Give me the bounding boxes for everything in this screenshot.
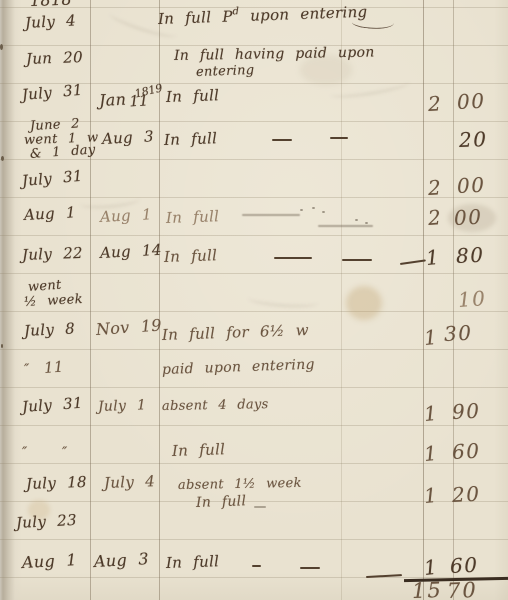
- entry-r4-date2: Aug 3: [102, 129, 155, 147]
- entry-r13-date: July 18: [26, 475, 87, 492]
- entry-r11-date2: July 1: [98, 398, 147, 414]
- entry-r8-date-line2: ½ week: [24, 293, 84, 309]
- entry-r3-date2: Jan181911: [98, 85, 163, 111]
- entry-r8-cents: 10: [457, 288, 487, 310]
- ditto-dash: [330, 137, 348, 139]
- entry-r5-cents: 00: [456, 175, 485, 196]
- entry-r15-date2: Aug 3: [94, 551, 150, 570]
- total-cents: 70: [447, 580, 478, 600]
- column-rule-cents: [453, 0, 454, 600]
- ditto-dash: [252, 565, 261, 567]
- entry-r13-date2: July 4: [104, 474, 156, 491]
- entry-r2-date: Jun 20: [26, 50, 83, 67]
- entry-r11-cents: 90: [451, 401, 480, 422]
- ink-dot: [355, 219, 358, 221]
- entry-r3-dollars: 2: [427, 93, 442, 114]
- entry-r9-cents: 30: [443, 323, 472, 344]
- entry-r12-ditto1: ″: [22, 446, 28, 460]
- entry-r12-dollars: 1: [423, 443, 439, 464]
- entry-r9-date: July 8: [24, 321, 76, 339]
- entry-r15-dollars: 1: [423, 557, 439, 578]
- entry-r11-date: July 31: [21, 396, 83, 415]
- entry-r7-dollars: 1: [425, 247, 441, 268]
- ditto-dash: [272, 139, 292, 141]
- entry-r6-date2: Aug 1: [100, 207, 153, 225]
- ditto-dash: [274, 257, 312, 259]
- entry-r13-desc-line2: In full: [196, 494, 247, 510]
- entry-r7-date: July 22: [22, 246, 83, 263]
- entry-r12-ditto2: ″: [62, 446, 68, 460]
- entry-r12-desc: In full: [172, 442, 226, 459]
- ink-dot: [365, 222, 368, 224]
- entry-r12-cents: 60: [451, 441, 480, 462]
- entry-r2-desc-line1: In full having paid upon: [174, 45, 375, 62]
- entry-r10-day: 11: [43, 360, 64, 376]
- entry-r15-date: Aug 1: [22, 552, 78, 571]
- entry-r13-dollars: 1: [423, 485, 439, 506]
- entry-r11-dollars: 1: [423, 403, 439, 424]
- edge-speck: [1, 344, 3, 348]
- entry-r1-date: July 4: [25, 13, 77, 31]
- column-rule-date1: [90, 0, 91, 600]
- ink-stain: [346, 286, 382, 320]
- entry-r7-date2: Aug 14: [100, 243, 162, 261]
- edge-speck: [1, 156, 4, 161]
- entry-r8-date-line1: went: [28, 279, 62, 294]
- entry-r15-desc: In full: [166, 554, 220, 571]
- entry-r9-dollars: 1: [423, 327, 439, 348]
- ink-dot: [312, 207, 315, 209]
- entry-r6-desc: In full: [166, 209, 220, 226]
- total-dollars: 15: [412, 580, 443, 600]
- ditto-dash: [342, 259, 372, 261]
- entry-r6-cents: 00: [453, 207, 482, 228]
- entry-r5-dollars: 2: [427, 177, 442, 198]
- entry-r14-date: July 23: [16, 513, 78, 531]
- entry-r11-desc: absent 4 days: [162, 398, 269, 413]
- entry-r6-date: Aug 1: [24, 205, 77, 223]
- entry-r4-desc: In full: [164, 131, 218, 148]
- ledger-page: 1818 July 4 In full Pd upon entering Jun…: [0, 0, 508, 600]
- ditto-dash: [300, 567, 320, 569]
- entry-r15-cents: 60: [449, 555, 478, 576]
- edge-speck: [0, 44, 3, 50]
- column-rule-dollars: [423, 0, 424, 600]
- erased-dash: [318, 225, 373, 227]
- erased-dash: [242, 214, 300, 216]
- entry-r13-desc-line1: absent 1½ week: [178, 477, 302, 492]
- entry-r9-date2: Nov 19: [95, 317, 162, 338]
- entry-r6-dollars: 2: [427, 207, 443, 228]
- entry-r13-cents: 20: [451, 484, 480, 505]
- entry-r4-cents: 20: [459, 129, 488, 150]
- year-heading: 1818: [30, 0, 72, 9]
- entry-r3-desc: In full: [166, 88, 220, 105]
- entry-r10-ditto: ″: [24, 363, 30, 377]
- entry-r7-desc: In full: [164, 248, 218, 265]
- ink-dot: [322, 211, 325, 213]
- entry-r3-cents: 00: [456, 91, 485, 112]
- entry-r2-desc-line2: entering: [196, 64, 255, 79]
- entry-r7-cents: 80: [455, 245, 484, 266]
- small-dash: [254, 506, 266, 508]
- ink-dot: [300, 209, 303, 211]
